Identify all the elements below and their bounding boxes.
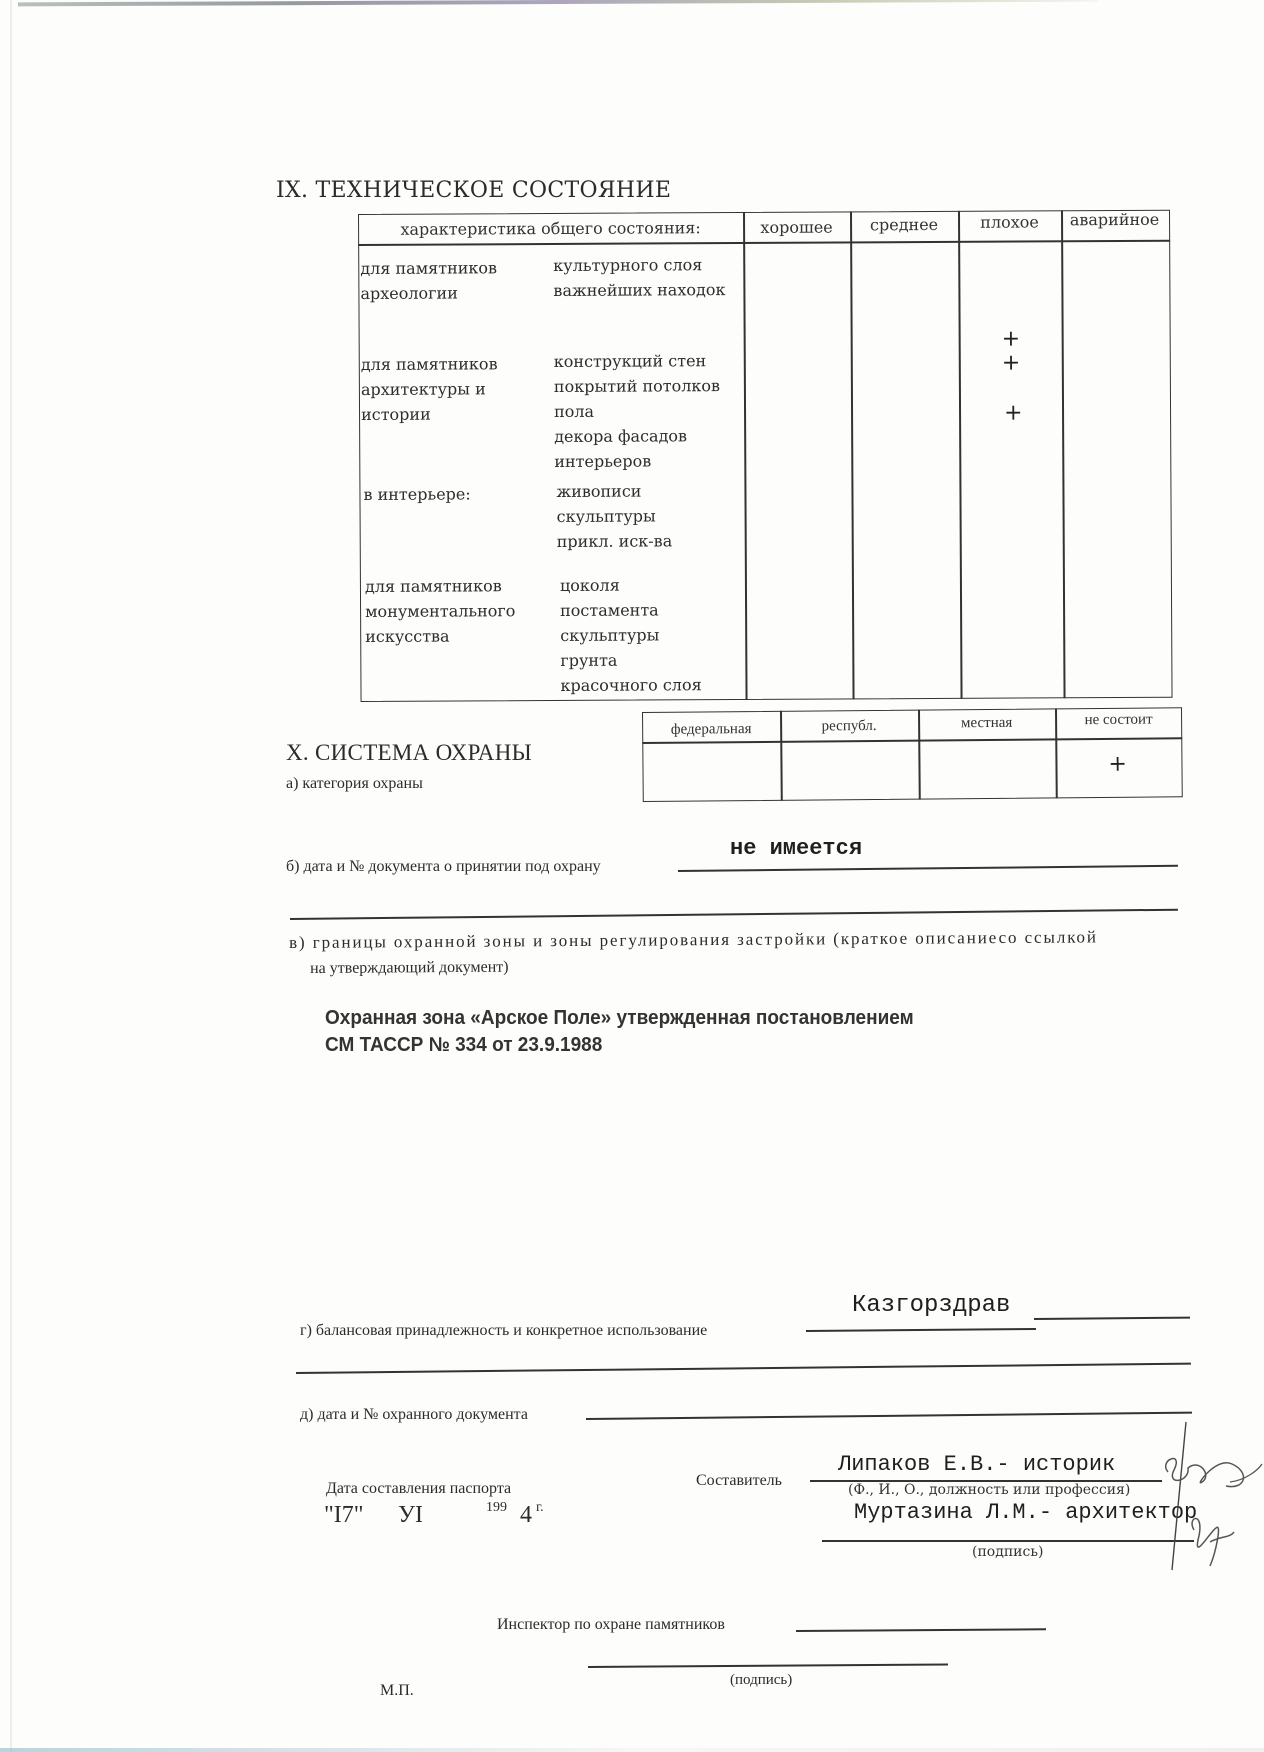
item-label: постамента xyxy=(560,597,701,623)
category-label: для памятников архитектуры и истории xyxy=(361,351,498,427)
underline xyxy=(1034,1317,1190,1320)
underline xyxy=(806,1328,1036,1332)
underline xyxy=(678,865,1178,872)
underline xyxy=(822,1540,1194,1542)
scan-left-edge xyxy=(10,0,12,1752)
item-label: важнейших находок xyxy=(553,277,725,303)
passport-date-month: УI xyxy=(398,1502,423,1529)
document-date-label: б) дата и № документа о принятии под охр… xyxy=(286,858,601,876)
passport-date-label: Дата составления паспорта xyxy=(326,1480,511,1498)
scan-bottom-edge xyxy=(0,1748,1264,1752)
item-label: грунта xyxy=(560,647,701,673)
category-label: в интерьере: xyxy=(363,481,470,507)
column-header-not-listed: не состоит xyxy=(1055,711,1182,729)
item-list: живописи скульптуры прикл. иск-ва xyxy=(556,478,672,554)
column-header-local: местная xyxy=(918,714,1055,732)
compiler-caption: (Ф., И., О., должность или профессия) xyxy=(848,1482,1130,1498)
passport-date-day: "I7" xyxy=(324,1502,364,1529)
item-label: культурного слоя xyxy=(553,252,725,278)
inspector-label: Инспектор по охране памятников xyxy=(497,1616,725,1634)
protection-category-table: федеральная республ. местная не состоит … xyxy=(642,707,1185,804)
plus-mark-not-listed: + xyxy=(1108,752,1127,777)
ownership-value: Казгорздрав xyxy=(852,1292,1010,1319)
item-label: прикл. иск-ва xyxy=(557,528,673,554)
boundaries-value: Охранная зона «Арское Поле» утвержденная… xyxy=(325,1005,914,1059)
section-x-title: X. СИСТЕМА ОХРАНЫ xyxy=(286,740,532,766)
column-header-good: хорошее xyxy=(743,217,850,237)
boundaries-label-line1: в) границы охранной зоны и зоны регулиро… xyxy=(289,927,1098,953)
document-date-value: не имеется xyxy=(730,836,862,861)
stamp-label: М.П. xyxy=(380,1682,414,1700)
passport-date-year-unit: г. xyxy=(536,1500,544,1516)
underline xyxy=(796,1628,1046,1631)
item-label: покрытий потолков xyxy=(554,373,720,399)
item-label: скульптуры xyxy=(557,503,673,529)
item-label: цоколя xyxy=(560,572,701,598)
protection-document-label: д) дата и № охранного документа xyxy=(300,1406,528,1424)
category-label: для памятников археологии xyxy=(360,255,497,306)
item-label: скульптуры xyxy=(560,622,701,648)
column-header-average: среднее xyxy=(850,215,958,235)
underline xyxy=(586,1412,1192,1420)
column-header-republic: республ. xyxy=(780,718,918,736)
compiler-signature-caption: (подпись) xyxy=(972,1544,1043,1560)
underline xyxy=(296,1363,1191,1374)
item-label: живописи xyxy=(556,478,672,504)
underline xyxy=(588,1663,948,1667)
inspector-signature-caption: (подпись) xyxy=(730,1672,792,1689)
section-ix-title: IX. ТЕХНИЧЕСКОЕ СОСТОЯНИЕ xyxy=(276,178,671,203)
column-header-federal: федеральная xyxy=(642,721,780,739)
plus-mark-ceilings: + xyxy=(1002,351,1021,376)
technical-condition-table: характеристика общего состояния: хорошее… xyxy=(358,210,1175,704)
compiler-label: Составитель xyxy=(696,1472,782,1490)
item-list: конструкций стен покрытий потолков пола … xyxy=(554,348,721,474)
column-header-characteristic: характеристика общего состояния: xyxy=(358,218,743,239)
item-label: конструкций стен xyxy=(554,348,720,374)
passport-date-year-prefix: 199 xyxy=(486,1500,507,1516)
item-list: цоколя постамента скульптуры грунта крас… xyxy=(560,572,702,698)
item-label: пола xyxy=(554,398,720,424)
item-label: красочного слоя xyxy=(560,672,701,698)
column-header-poor: плохое xyxy=(958,212,1061,232)
column-header-emergency: аварийное xyxy=(1061,210,1168,230)
item-list: культурного слоя важнейших находок xyxy=(553,252,725,303)
plus-mark-facade: + xyxy=(1004,401,1023,426)
underline xyxy=(290,909,1178,920)
category-label: для памятников монументального искусства xyxy=(365,573,516,649)
boundaries-label-line2: на утверждающий документ) xyxy=(310,959,509,978)
compiler-name-1: Липаков Е.В.- историк xyxy=(838,1452,1115,1477)
passport-date-year-suffix: 4 xyxy=(520,1502,532,1529)
handwritten-signature-icon xyxy=(1150,1420,1264,1590)
item-label: декора фасадов xyxy=(554,423,720,449)
protection-category-label: а) категория охраны xyxy=(286,775,423,793)
ownership-label: г) балансовая принадлежность и конкретно… xyxy=(300,1322,707,1340)
item-label: интерьеров xyxy=(554,448,720,474)
scan-top-edge xyxy=(18,0,1098,6)
compiler-name-2: Муртазина Л.М.- архитектор xyxy=(854,1500,1197,1525)
plus-mark-walls: + xyxy=(1002,327,1021,352)
